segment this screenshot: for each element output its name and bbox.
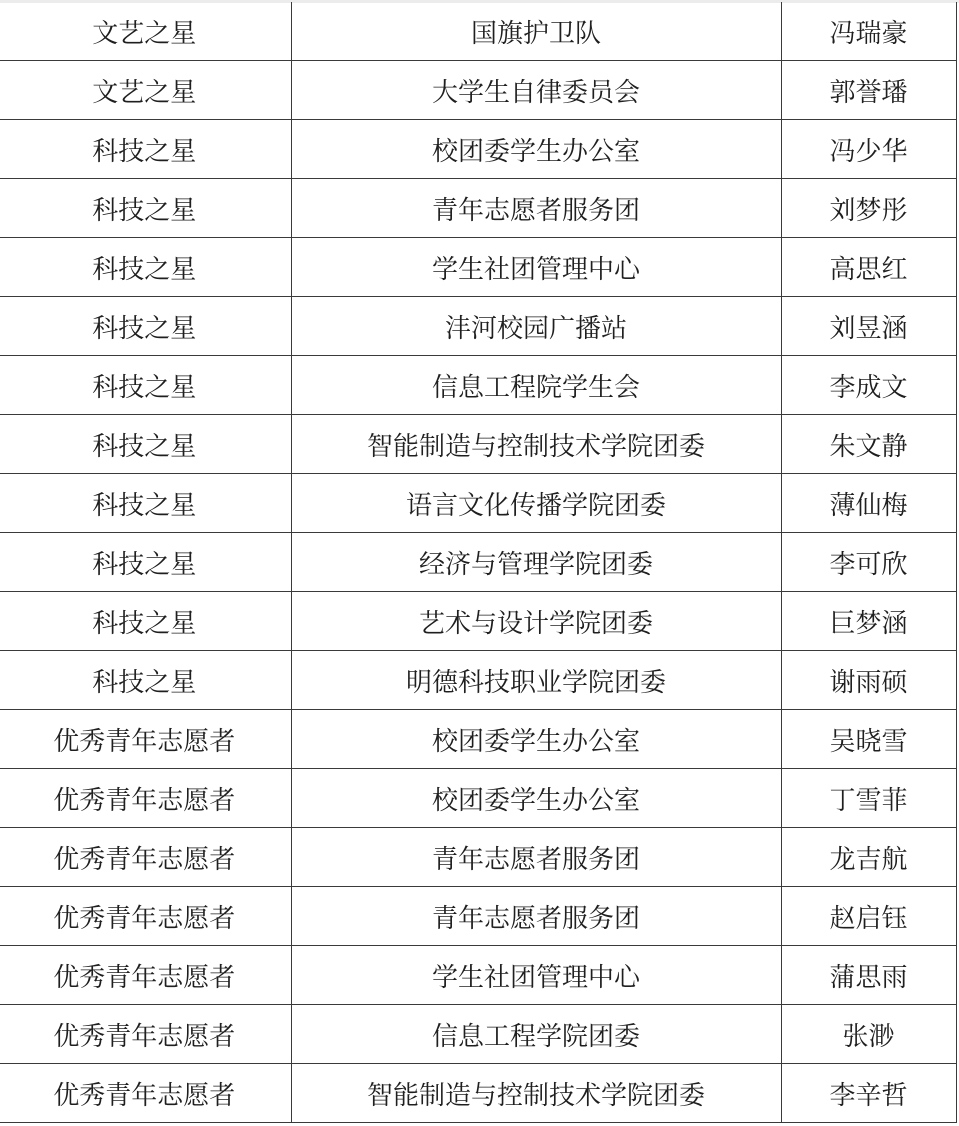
- name-cell: 张渺: [781, 1005, 956, 1064]
- table-row: 科技之星艺术与设计学院团委巨梦涵: [0, 592, 956, 651]
- award-cell: 科技之星: [0, 592, 291, 651]
- name-cell: 吴晓雪: [781, 710, 956, 769]
- unit-cell: 智能制造与控制技术学院团委: [291, 415, 781, 474]
- table-row: 优秀青年志愿者青年志愿者服务团龙吉航: [0, 828, 956, 887]
- table-row: 优秀青年志愿者青年志愿者服务团赵启钰: [0, 887, 956, 946]
- award-cell: 科技之星: [0, 238, 291, 297]
- table-row: 科技之星智能制造与控制技术学院团委朱文静: [0, 415, 956, 474]
- table-row: 科技之星沣河校园广播站刘昱涵: [0, 297, 956, 356]
- name-cell: 李辛哲: [781, 1064, 956, 1123]
- table-row: 文艺之星大学生自律委员会郭誉璠: [0, 61, 956, 120]
- table-row: 优秀青年志愿者校团委学生办公室吴晓雪: [0, 710, 956, 769]
- unit-cell: 国旗护卫队: [291, 2, 781, 61]
- awards-table-body: 文艺之星国旗护卫队冯瑞豪文艺之星大学生自律委员会郭誉璠科技之星校团委学生办公室冯…: [0, 2, 956, 1123]
- name-cell: 朱文静: [781, 415, 956, 474]
- table-row: 科技之星明德科技职业学院团委谢雨硕: [0, 651, 956, 710]
- award-cell: 科技之星: [0, 297, 291, 356]
- name-cell: 冯少华: [781, 120, 956, 179]
- award-cell: 科技之星: [0, 474, 291, 533]
- award-cell: 科技之星: [0, 533, 291, 592]
- unit-cell: 明德科技职业学院团委: [291, 651, 781, 710]
- table-row: 科技之星青年志愿者服务团刘梦彤: [0, 179, 956, 238]
- table-row: 科技之星校团委学生办公室冯少华: [0, 120, 956, 179]
- unit-cell: 语言文化传播学院团委: [291, 474, 781, 533]
- name-cell: 龙吉航: [781, 828, 956, 887]
- unit-cell: 沣河校园广播站: [291, 297, 781, 356]
- table-row: 科技之星语言文化传播学院团委薄仙梅: [0, 474, 956, 533]
- table-row: 科技之星经济与管理学院团委李可欣: [0, 533, 956, 592]
- name-cell: 李成文: [781, 356, 956, 415]
- award-cell: 科技之星: [0, 120, 291, 179]
- table-row: 科技之星信息工程院学生会李成文: [0, 356, 956, 415]
- unit-cell: 学生社团管理中心: [291, 238, 781, 297]
- unit-cell: 校团委学生办公室: [291, 710, 781, 769]
- unit-cell: 智能制造与控制技术学院团委: [291, 1064, 781, 1123]
- name-cell: 丁雪菲: [781, 769, 956, 828]
- award-cell: 科技之星: [0, 415, 291, 474]
- unit-cell: 经济与管理学院团委: [291, 533, 781, 592]
- name-cell: 薄仙梅: [781, 474, 956, 533]
- unit-cell: 艺术与设计学院团委: [291, 592, 781, 651]
- table-row: 优秀青年志愿者校团委学生办公室丁雪菲: [0, 769, 956, 828]
- name-cell: 冯瑞豪: [781, 2, 956, 61]
- table-row: 科技之星学生社团管理中心高思红: [0, 238, 956, 297]
- unit-cell: 大学生自律委员会: [291, 61, 781, 120]
- name-cell: 蒲思雨: [781, 946, 956, 1005]
- unit-cell: 青年志愿者服务团: [291, 179, 781, 238]
- award-cell: 文艺之星: [0, 61, 291, 120]
- unit-cell: 信息工程学院团委: [291, 1005, 781, 1064]
- award-cell: 科技之星: [0, 356, 291, 415]
- award-cell: 优秀青年志愿者: [0, 1064, 291, 1123]
- unit-cell: 青年志愿者服务团: [291, 887, 781, 946]
- award-cell: 优秀青年志愿者: [0, 828, 291, 887]
- award-cell: 优秀青年志愿者: [0, 1005, 291, 1064]
- award-cell: 优秀青年志愿者: [0, 887, 291, 946]
- table-row: 优秀青年志愿者智能制造与控制技术学院团委李辛哲: [0, 1064, 956, 1123]
- award-cell: 科技之星: [0, 179, 291, 238]
- unit-cell: 信息工程院学生会: [291, 356, 781, 415]
- name-cell: 刘梦彤: [781, 179, 956, 238]
- name-cell: 刘昱涵: [781, 297, 956, 356]
- name-cell: 谢雨硕: [781, 651, 956, 710]
- table-row: 文艺之星国旗护卫队冯瑞豪: [0, 2, 956, 61]
- name-cell: 李可欣: [781, 533, 956, 592]
- unit-cell: 学生社团管理中心: [291, 946, 781, 1005]
- name-cell: 赵启钰: [781, 887, 956, 946]
- name-cell: 高思红: [781, 238, 956, 297]
- unit-cell: 校团委学生办公室: [291, 769, 781, 828]
- name-cell: 郭誉璠: [781, 61, 956, 120]
- award-cell: 科技之星: [0, 651, 291, 710]
- unit-cell: 校团委学生办公室: [291, 120, 781, 179]
- award-cell: 文艺之星: [0, 2, 291, 61]
- unit-cell: 青年志愿者服务团: [291, 828, 781, 887]
- table-row: 优秀青年志愿者信息工程学院团委张渺: [0, 1005, 956, 1064]
- award-cell: 优秀青年志愿者: [0, 769, 291, 828]
- table-row: 优秀青年志愿者学生社团管理中心蒲思雨: [0, 946, 956, 1005]
- award-cell: 优秀青年志愿者: [0, 710, 291, 769]
- awards-table: 文艺之星国旗护卫队冯瑞豪文艺之星大学生自律委员会郭誉璠科技之星校团委学生办公室冯…: [0, 2, 957, 1123]
- award-cell: 优秀青年志愿者: [0, 946, 291, 1005]
- name-cell: 巨梦涵: [781, 592, 956, 651]
